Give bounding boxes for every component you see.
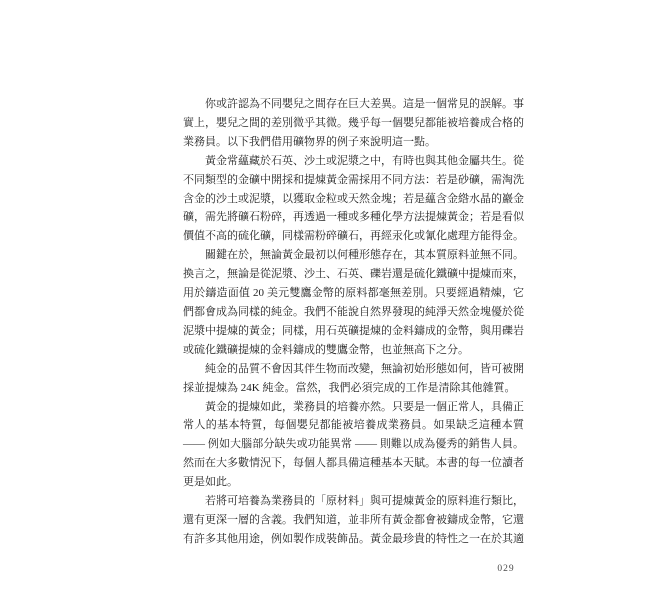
paragraph: 黃金常蘊藏於石英、沙土或泥漿之中，有時也與其他金屬共生。從不同類型的金礦中開採和…	[183, 152, 524, 247]
paragraph: 你或許認為不同嬰兒之間存在巨大差異。這是一個常見的誤解。事實上，嬰兒之間的差別微…	[183, 95, 524, 152]
paragraph: 純金的品質不會因其伴生物而改變，無論初始形態如何，皆可被開採並提煉為 24K 純…	[183, 360, 524, 398]
paragraph: 關鍵在於，無論黃金最初以何種形態存在，其本質原料並無不同。換言之，無論是從泥漿、…	[183, 246, 524, 359]
body-text: 你或許認為不同嬰兒之間存在巨大差異。這是一個常見的誤解。事實上，嬰兒之間的差別微…	[183, 95, 524, 549]
paragraph: 若將可培養為業務員的「原材料」與可提煉黃金的原料進行類比，還有更深一層的含義。我…	[183, 492, 524, 549]
paragraph: 黃金的提煉如此，業務員的培養亦然。只要是一個正常人，具備正常人的基本特質，每個嬰…	[183, 398, 524, 493]
page-number: 029	[486, 564, 526, 574]
book-page: 你或許認為不同嬰兒之間存在巨大差異。這是一個常見的誤解。事實上，嬰兒之間的差別微…	[0, 0, 655, 609]
